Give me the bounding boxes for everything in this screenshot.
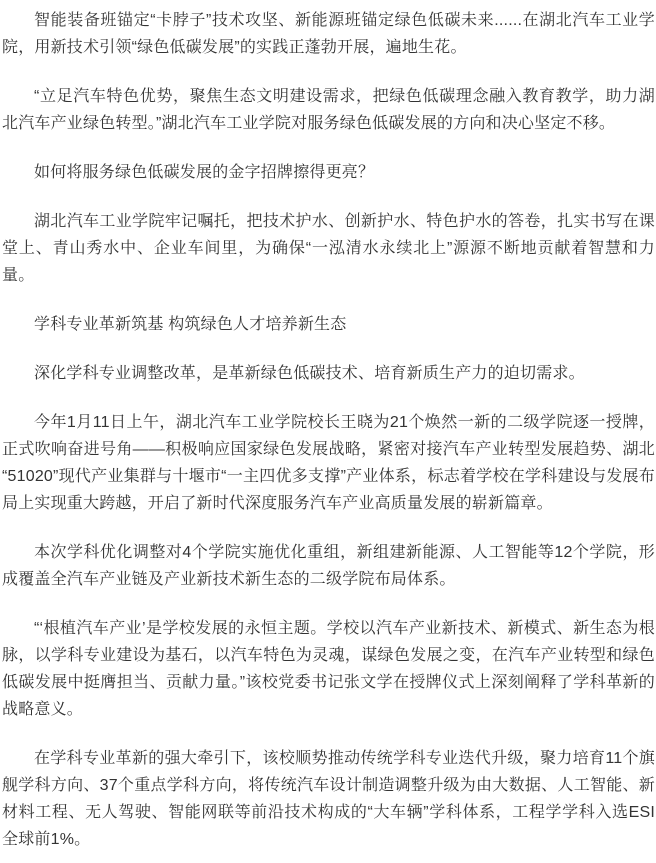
paragraph-water-protection: 湖北汽车工业学院牢记嘱托，把技术护水、创新护水、特色护水的答卷，扎实书写在课堂上… (2, 208, 655, 289)
paragraph-restructure: 本次学科优化调整对4个学院实施优化重组，新组建新能源、人工智能等12个学院，形成… (2, 539, 655, 593)
paragraph-discipline-upgrade: 在学科专业革新的强大牵引下，该校顺势推动传统学科专业迭代升级，聚力培育11个旗舰… (2, 745, 655, 853)
paragraph-quote-mission: “立足汽车特色优势，聚焦生态文明建设需求，把绿色低碳理念融入教育教学，助力湖北汽… (2, 83, 655, 137)
paragraph-question: 如何将服务绿色低碳发展的金字招牌擦得更亮？ (2, 159, 655, 186)
paragraph-reform-need: 深化学科专业调整改革，是革新绿色低碳技术、培育新质生产力的迫切需求。 (2, 360, 655, 387)
article-body: 智能装备班锚定“卡脖子”技术攻坚、新能源班锚定绿色低碳未来......在湖北汽车… (0, 0, 656, 863)
paragraph-intro: 智能装备班锚定“卡脖子”技术攻坚、新能源班锚定绿色低碳未来......在湖北汽车… (2, 7, 655, 61)
paragraph-ceremony: 今年1月11日上午，湖北汽车工业学院校长王晓为21个焕然一新的二级学院逐一授牌，… (2, 409, 655, 517)
section-heading: 学科专业革新筑基 构筑绿色人才培养新生态 (2, 311, 655, 338)
paragraph-secretary-quote: “‘根植汽车产业’是学校发展的永恒主题。学校以汽车产业新技术、新模式、新生态为根… (2, 615, 655, 723)
